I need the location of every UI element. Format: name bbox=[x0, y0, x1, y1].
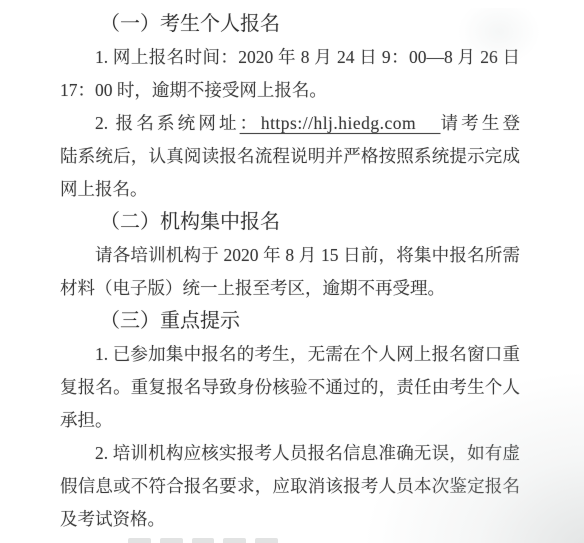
text-line: 17：00 时，逾期不接受网上报名。 bbox=[60, 74, 520, 107]
section-heading: （三）重点提示 bbox=[60, 305, 520, 338]
clipped-glyph-top bbox=[223, 538, 246, 543]
text-line: 假信息或不符合报名要求，应取消该报考人员本次鉴定报名 bbox=[60, 470, 520, 503]
text-line: 1. 网上报名时间：2020 年 8 月 24 日 9：00—8 月 26 日 bbox=[60, 41, 520, 74]
text-segment: 2. 报名系统网址 bbox=[95, 113, 240, 133]
section-heading: （二）机构集中报名 bbox=[60, 206, 520, 239]
text-line: 及考试资格。 bbox=[60, 503, 520, 536]
registration-url: ：https://hlj.hiedg.com bbox=[240, 113, 441, 133]
clipped-glyph-top bbox=[192, 538, 215, 543]
document-page: （一）考生个人报名1. 网上报名时间：2020 年 8 月 24 日 9：00—… bbox=[0, 0, 584, 543]
text-line: 2. 培训机构应核实报考人员报名信息准确无误，如有虚 bbox=[60, 437, 520, 470]
text-line: 承担。 bbox=[60, 404, 520, 437]
text-line: 材料（电子版）统一上报至考区，逾期不再受理。 bbox=[60, 272, 520, 305]
clipped-glyph-top bbox=[128, 538, 151, 543]
section-heading: （一）考生个人报名 bbox=[60, 8, 520, 41]
document-body: （一）考生个人报名1. 网上报名时间：2020 年 8 月 24 日 9：00—… bbox=[0, 0, 584, 536]
text-line: 2. 报名系统网址：https://hlj.hiedg.com 请考生登 bbox=[60, 107, 520, 140]
text-line: 1. 已参加集中报名的考生，无需在个人网上报名窗口重 bbox=[60, 338, 520, 371]
text-line: 复报名。重复报名导致身份核验不通过的，责任由考生个人 bbox=[60, 371, 520, 404]
text-line: 陆系统后，认真阅读报名流程说明并严格按照系统提示完成 bbox=[60, 140, 520, 173]
text-line: 网上报名。 bbox=[60, 173, 520, 206]
clipped-next-line bbox=[128, 538, 278, 543]
clipped-glyph-top bbox=[160, 538, 183, 543]
text-segment: 请考生登 bbox=[441, 113, 520, 133]
clipped-glyph-top bbox=[255, 538, 278, 543]
text-line: 请各培训机构于 2020 年 8 月 15 日前，将集中报名所需 bbox=[60, 239, 520, 272]
